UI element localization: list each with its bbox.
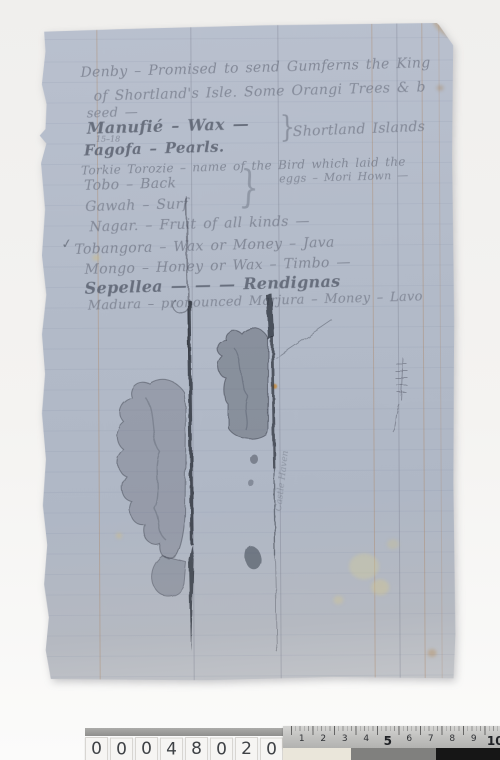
ruler-number: 3 [334,734,356,748]
foxing-stain [371,579,389,595]
vertical-caption: Castle Haven [274,450,291,512]
ruler-number-row: 1 2 3 4 5 6 7 8 9 10 [291,734,500,748]
grayscale-segment-dark [436,748,500,760]
manuscript-line: Gawah – Surf [85,196,188,215]
manuscript-line: Tobo – Back [84,175,177,194]
measurement-ruler: 1 2 3 4 5 6 7 8 9 10 [283,726,500,748]
ruler-number: 6 [399,734,421,748]
manuscript-line: Shortland Islands [293,119,426,140]
ruler-number: 8 [442,734,464,748]
photographed-archive-scan: Denby – Promised to send Gumferns the Ki… [0,0,500,760]
ruled-line-sepia [438,23,442,681]
ruler-number: 5 [377,734,399,748]
counter-digit: 2 [235,737,258,760]
counter-housing-bar [85,728,290,736]
brace-annotation: } [280,110,295,145]
paper-sheet: Denby – Promised to send Gumferns the Ki… [38,23,457,683]
brace-annotation: } [238,161,260,214]
fraction-annotation: 15–18 [96,135,120,144]
foxing-stain [92,255,99,261]
ruler-number: 7 [420,734,442,748]
counter-digit: 8 [185,737,208,760]
ruler-number: 4 [356,734,378,748]
counter-digit: 4 [160,738,183,760]
ruler-number: 10 [485,734,500,748]
foxing-stain [387,539,399,549]
ruler-number: 1 [291,734,313,748]
manuscript-line: eggs – Mori Hown — [279,169,409,186]
counter-digit: 0 [110,738,133,760]
foxing-stain [333,596,343,605]
film-frame-counter: 0 0 0 4 8 0 2 0 [85,728,290,760]
manuscript-page: Denby – Promised to send Gumferns the Ki… [38,23,457,683]
torn-corner-discoloration [431,18,456,41]
manuscript-line: Denby – Promised to send Gumferns the Ki… [80,55,430,81]
counter-digit: 0 [260,738,283,760]
foxing-stain [116,533,122,539]
counter-digit: 0 [210,738,233,760]
counter-digit: 0 [85,737,108,760]
grayscale-calibration-strip [283,748,500,760]
grayscale-segment-mid [351,748,436,760]
ruler-number: 2 [313,734,335,748]
foxing-stain [349,553,379,579]
counter-digit-row: 0 0 0 4 8 0 2 0 [85,737,290,760]
edge-stain [428,649,437,657]
ruler-number: 9 [463,734,485,748]
counter-digit: 0 [135,737,158,760]
manuscript-line: Tobangora – Wax or Money – Java [74,235,335,258]
ink-spot [272,384,277,389]
manuscript-line: of Shortland's Isle. Some Orangi Trees &… [93,79,426,104]
manuscript-line: Nagar. – Fruit of all kinds — [89,213,310,235]
grayscale-segment-light [283,748,351,760]
checkmark-annotation: ✓ [60,236,73,252]
edge-stain [437,85,444,91]
